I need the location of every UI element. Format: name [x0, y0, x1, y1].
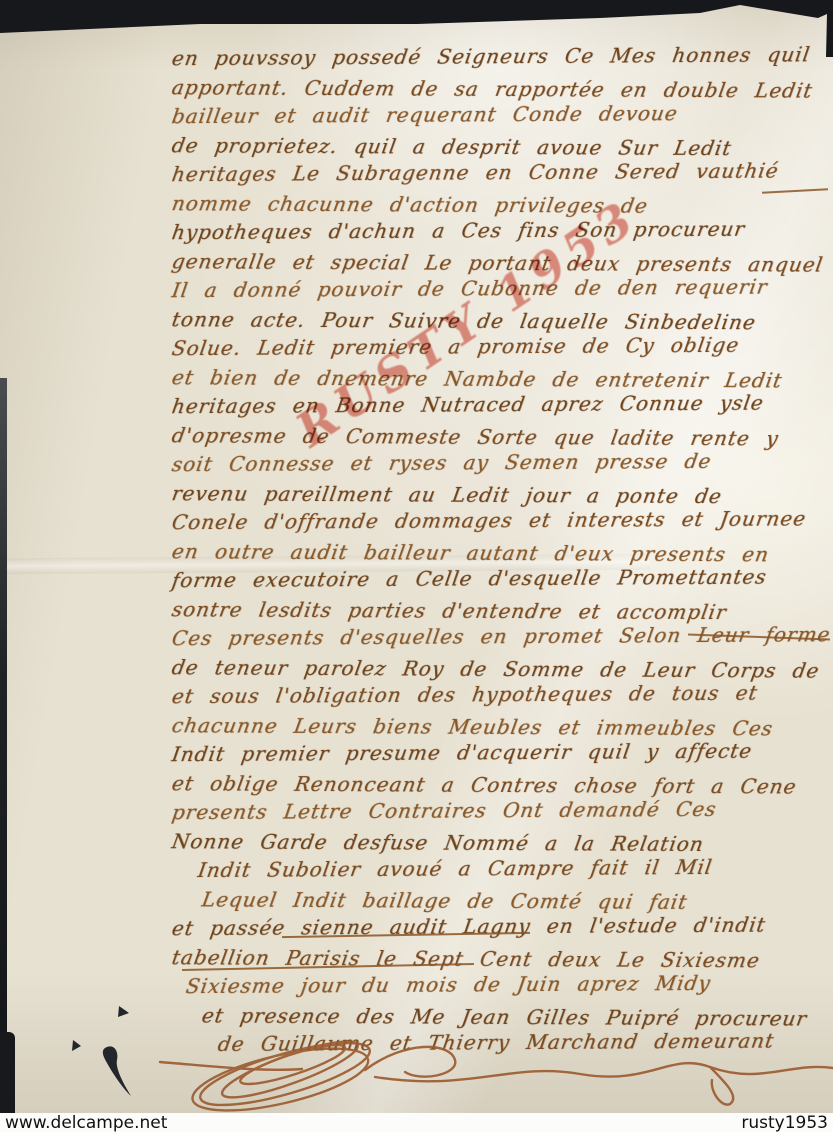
manuscript-line: Indit Subolier avoué a Campre fait il Mi… — [170, 852, 833, 885]
watermark-strip: www.delcampe.net rusty1953 — [0, 1113, 833, 1132]
manuscript-line: heritages en Bonne Nutraced aprez Connue… — [170, 388, 833, 421]
manuscript-line: bailleur et audit requerant Conde devoue — [170, 98, 833, 131]
manuscript-line: Solue. Ledit premiere a promise de Cy ob… — [170, 330, 833, 363]
manuscript-line: Sixiesme jour du mois de Juin aprez Midy — [170, 968, 833, 1001]
manuscript-line: presents Lettre Contraires Ont demandé C… — [170, 794, 833, 827]
ink-blot — [55, 1000, 155, 1110]
delcampe-watermark: www.delcampe.net — [5, 1113, 167, 1132]
manuscript-text-block: en pouvssoy possedé Seigneurs Ce Mes hon… — [172, 44, 833, 1059]
manuscript-line: forme executoire a Celle d'esquelle Prom… — [170, 562, 833, 595]
signature-paraph — [150, 1022, 833, 1114]
seller-watermark: rusty1953 — [741, 1113, 828, 1132]
manuscript-line: et passée sienne audit Lagny en l'estude… — [170, 910, 833, 943]
manuscript-line: hypotheques d'achun a Ces fins Son procu… — [170, 214, 833, 247]
manuscript-line: soit Connesse et ryses ay Semen presse d… — [170, 446, 833, 479]
photo-left-border — [0, 378, 7, 1115]
document-photo: en pouvssoy possedé Seigneurs Ce Mes hon… — [0, 0, 833, 1132]
manuscript-line: Conele d'offrande dommages et interests … — [170, 504, 833, 537]
manuscript-line: en pouvssoy possedé Seigneurs Ce Mes hon… — [170, 40, 833, 73]
manuscript-line: Indit premier presume d'acquerir quil y … — [170, 736, 833, 769]
manuscript-line: et sous l'obligation des hypotheques de … — [170, 678, 833, 711]
photo-corner-border — [0, 1032, 15, 1113]
manuscript-line: heritages Le Subragenne en Conne Sered v… — [170, 156, 833, 189]
